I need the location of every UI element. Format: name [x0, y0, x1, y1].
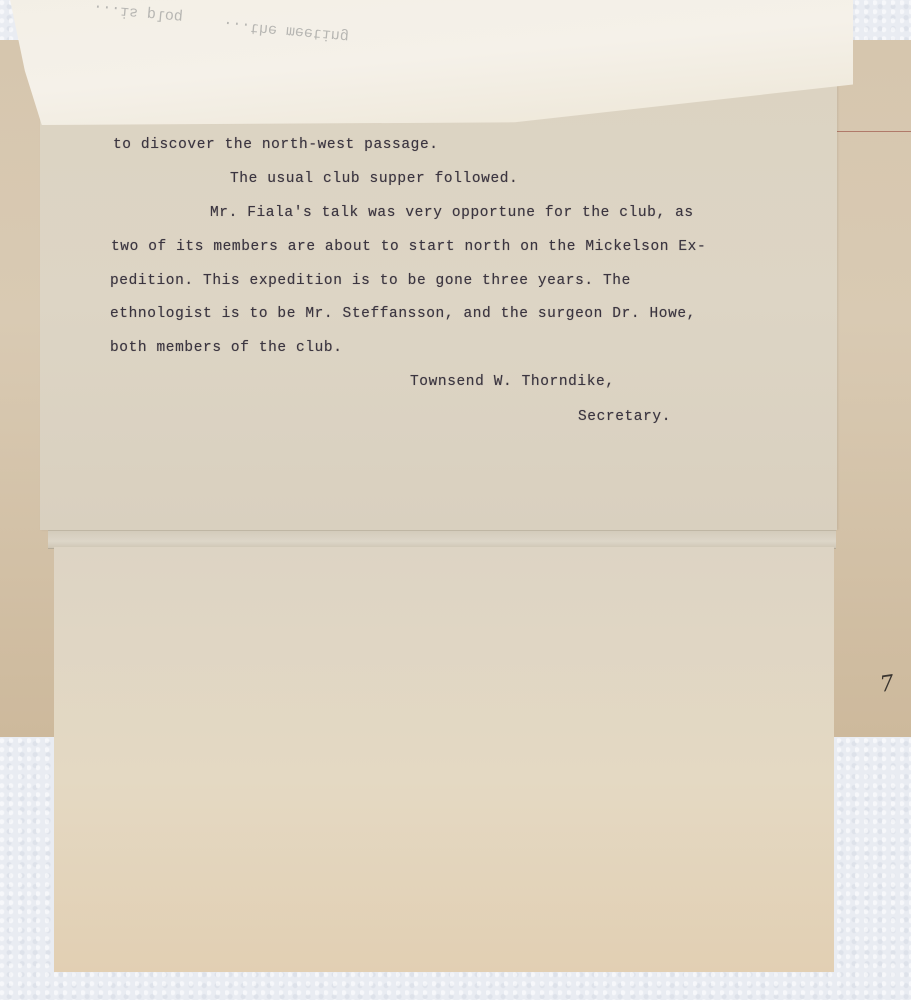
text-line: pedition. This expedition is to be gone …: [110, 273, 631, 289]
text-line: ethnologist is to be Mr. Steffansson, an…: [110, 306, 696, 322]
bleed-through-text: ...the meeting: [222, 17, 349, 45]
text-line: The usual club supper followed.: [230, 171, 518, 187]
page-number-mark: 7: [878, 671, 895, 698]
ruled-line: [832, 131, 911, 132]
document-page-lower: [54, 547, 834, 972]
signature-name: Townsend W. Thorndike,: [410, 374, 615, 390]
text-line: Mr. Fiala's talk was very opportune for …: [210, 205, 694, 221]
text-line: two of its members are about to start no…: [111, 239, 706, 255]
text-line: both members of the club.: [110, 340, 343, 356]
signature-title: Secretary.: [578, 409, 671, 425]
bleed-through-text: ...is ploq: [92, 0, 183, 25]
text-line: to discover the north-west passage.: [113, 137, 439, 153]
